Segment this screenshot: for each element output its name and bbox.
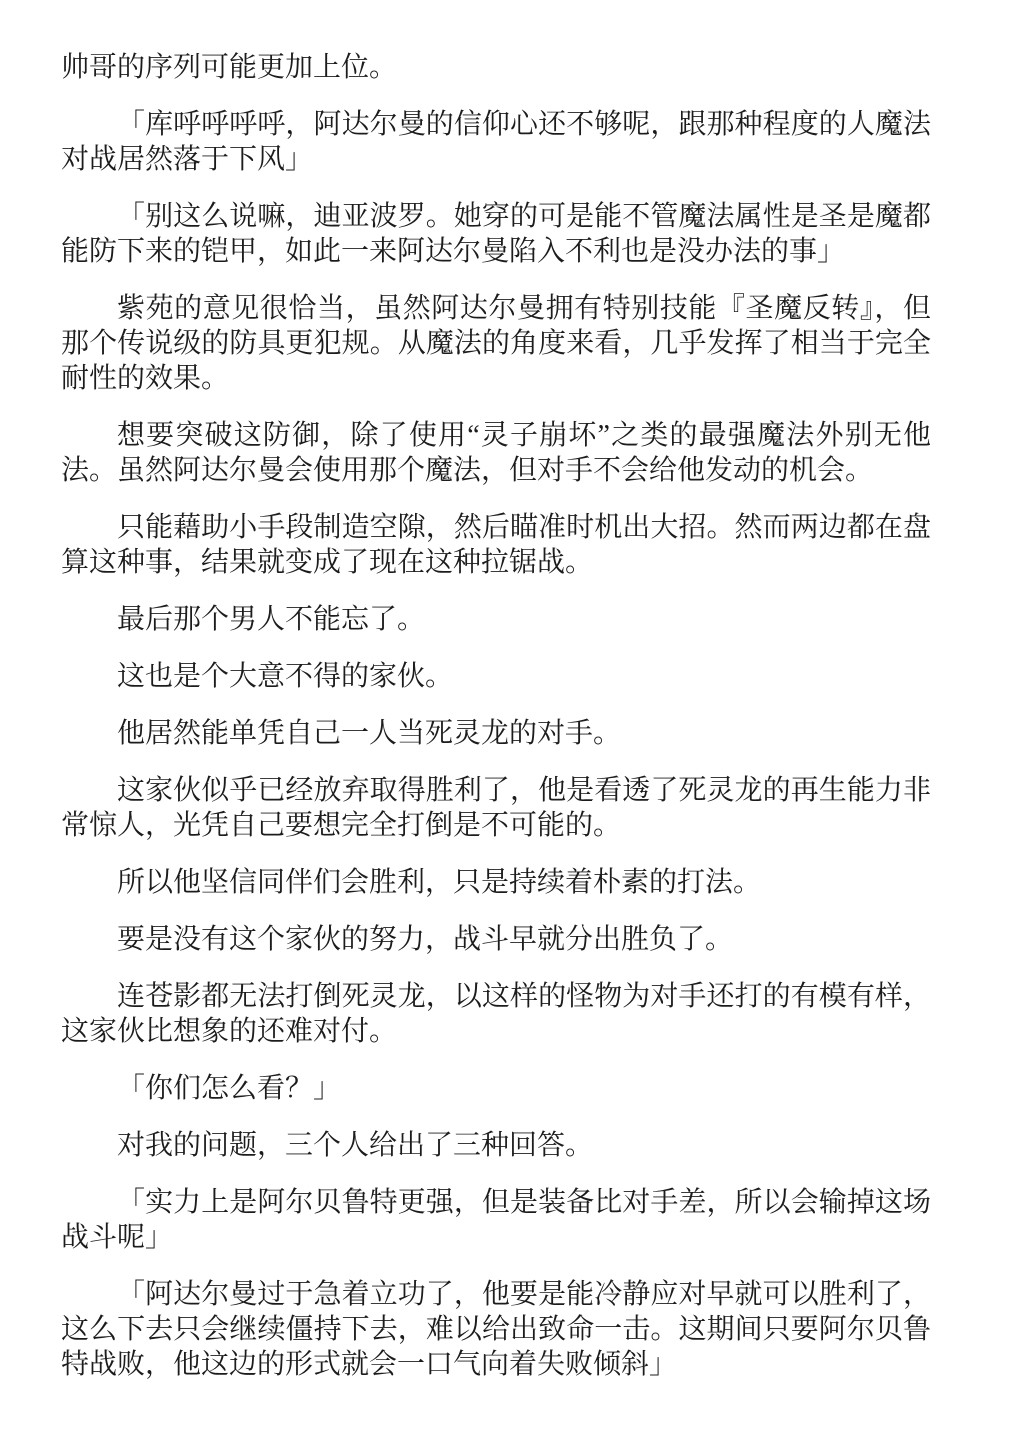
paragraph: 这家伙似乎已经放弃取得胜利了，他是看透了死灵龙的再生能力非常惊人，光凭自己要想完…	[61, 773, 931, 843]
paragraph: 最后那个男人不能忘了。	[61, 602, 931, 637]
paragraph: 帅哥的序列可能更加上位。	[61, 50, 931, 85]
paragraph: 他居然能单凭自己一人当死灵龙的对手。	[61, 716, 931, 751]
paragraph: 连苍影都无法打倒死灵龙，以这样的怪物为对手还打的有模有样，这家伙比想象的还难对付…	[61, 979, 931, 1049]
paragraph: 想要突破这防御，除了使用“灵子崩坏”之类的最强魔法外别无他法。虽然阿达尔曼会使用…	[61, 418, 931, 488]
paragraph: 只能藉助小手段制造空隙，然后瞄准时机出大招。然而两边都在盘算这种事，结果就变成了…	[61, 510, 931, 580]
paragraph: 所以他坚信同伴们会胜利，只是持续着朴素的打法。	[61, 865, 931, 900]
document-page: 帅哥的序列可能更加上位。「库呼呼呼呼，阿达尔曼的信仰心还不够呢，跟那种程度的人魔…	[0, 0, 1017, 1437]
paragraph: 「实力上是阿尔贝鲁特更强，但是装备比对手差，所以会输掉这场战斗呢」	[61, 1185, 931, 1255]
paragraph: 要是没有这个家伙的努力，战斗早就分出胜负了。	[61, 922, 931, 957]
paragraph: 「库呼呼呼呼，阿达尔曼的信仰心还不够呢，跟那种程度的人魔法对战居然落于下风」	[61, 107, 931, 177]
paragraph: 「别这么说嘛，迪亚波罗。她穿的可是能不管魔法属性是圣是魔都能防下来的铠甲，如此一…	[61, 199, 931, 269]
page-text: 帅哥的序列可能更加上位。「库呼呼呼呼，阿达尔曼的信仰心还不够呢，跟那种程度的人魔…	[61, 50, 931, 1382]
paragraph: 这也是个大意不得的家伙。	[61, 659, 931, 694]
paragraph: 紫苑的意见很恰当，虽然阿达尔曼拥有特别技能『圣魔反转』，但那个传说级的防具更犯规…	[61, 291, 931, 396]
paragraph: 对我的问题，三个人给出了三种回答。	[61, 1128, 931, 1163]
paragraph: 「你们怎么看？」	[61, 1071, 931, 1106]
paragraph: 「阿达尔曼过于急着立功了，他要是能冷静应对早就可以胜利了，这么下去只会继续僵持下…	[61, 1277, 931, 1382]
